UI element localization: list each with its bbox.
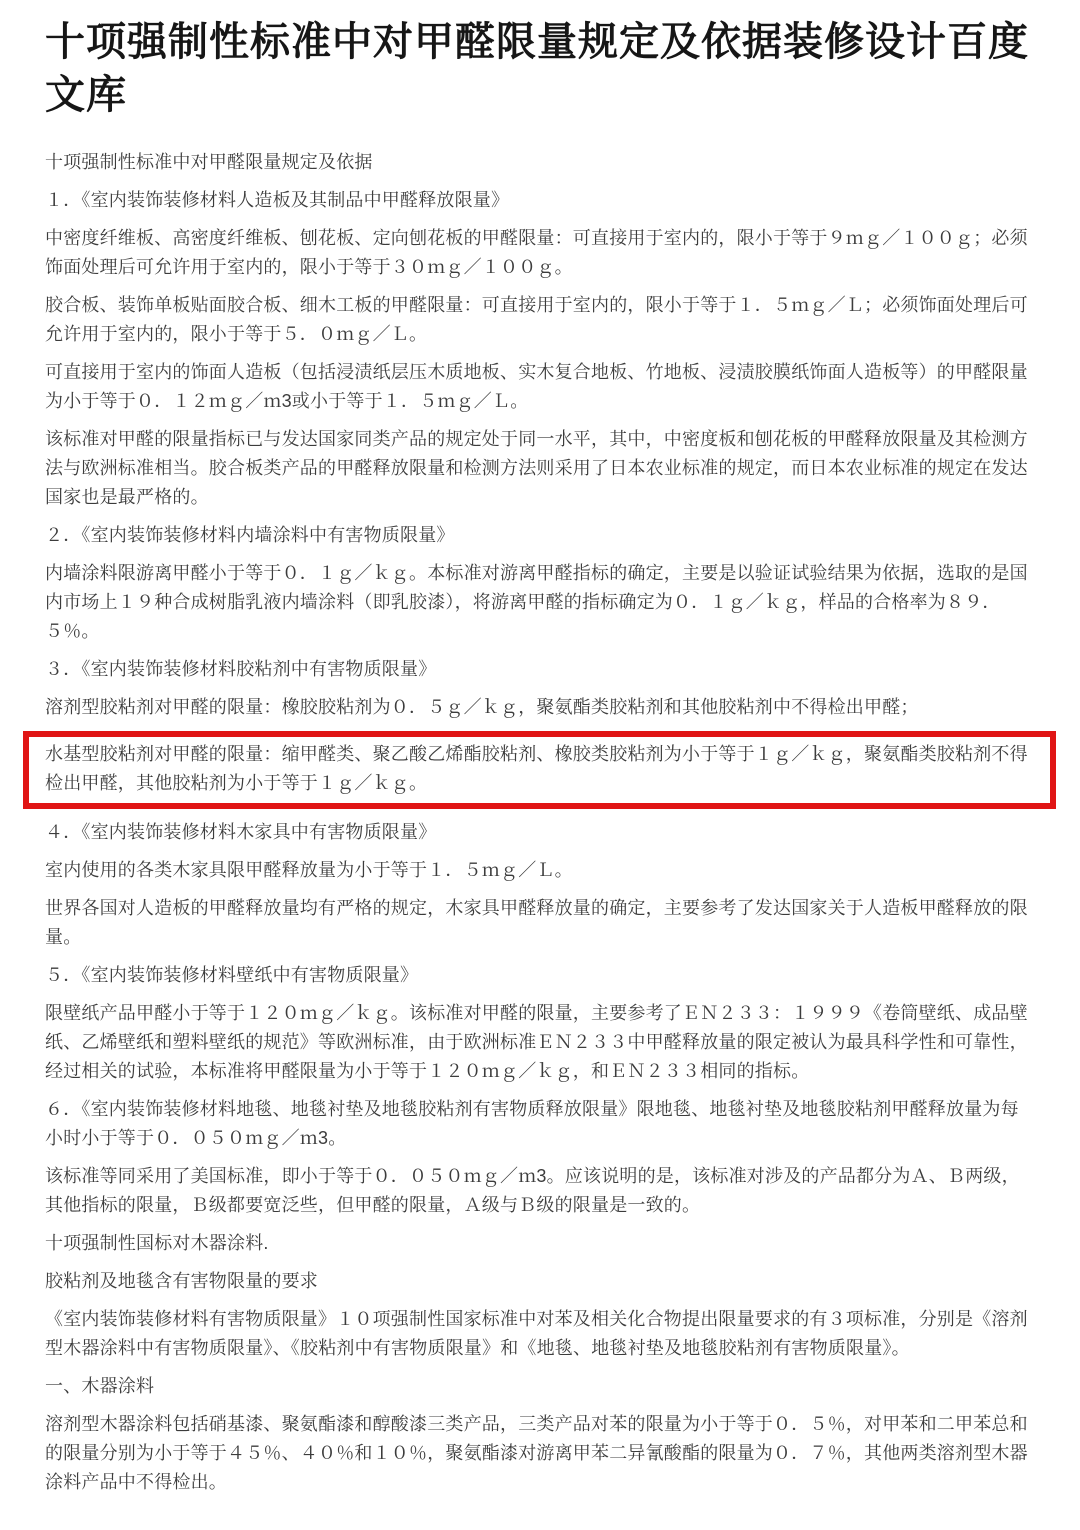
paragraph-list: 十项强制性标准中对甲醛限量规定及依据１．《室内装饰装修材料人造板及其制品中甲醛释…: [45, 148, 1035, 1497]
paragraph: 十项强制性标准中对甲醛限量规定及依据: [45, 148, 1035, 177]
paragraph: 室内使用的各类木家具限甲醛释放量为小于等于１．５ｍｇ／Ｌ。: [45, 856, 1035, 885]
paragraph: 胶粘剂及地毯含有害物限量的要求: [45, 1267, 1035, 1296]
document-title: 十项强制性标准中对甲醛限量规定及依据装修设计百度文库: [45, 16, 1035, 122]
paragraph: 世界各国对人造板的甲醛释放量均有严格的规定，木家具甲醛释放量的确定，主要参考了发…: [45, 894, 1035, 952]
paragraph: 限壁纸产品甲醛小于等于１２０ｍｇ／ｋｇ。该标准对甲醛的限量，主要参考了ＥＮ２３３…: [45, 999, 1035, 1086]
paragraph: ５．《室内装饰装修材料壁纸中有害物质限量》: [45, 961, 1035, 990]
paragraph: 《室内装饰装修材料有害物质限量》１０项强制性国家标准中对苯及相关化合物提出限量要…: [45, 1305, 1035, 1363]
paragraph: 十项强制性国标对木器涂料.: [45, 1229, 1035, 1258]
paragraph: ４．《室内装饰装修材料木家具中有害物质限量》: [45, 818, 1035, 847]
highlighted-paragraph: 水基型胶粘剂对甲醛的限量：缩甲醛类、聚乙酸乙烯酯胶粘剂、橡胶类胶粘剂为小于等于１…: [23, 731, 1056, 809]
paragraph: 一、木器涂料: [45, 1372, 1035, 1401]
paragraph: 中密度纤维板、高密度纤维板、刨花板、定向刨花板的甲醛限量：可直接用于室内的，限小…: [45, 224, 1035, 282]
paragraph: ６．《室内装饰装修材料地毯、地毯衬垫及地毯胶粘剂有害物质释放限量》限地毯、地毯衬…: [45, 1095, 1035, 1153]
paragraph: 内墙涂料限游离甲醛小于等于０．１ｇ／ｋｇ。本标准对游离甲醛指标的确定，主要是以验…: [45, 559, 1035, 646]
paragraph: ３．《室内装饰装修材料胶粘剂中有害物质限量》: [45, 655, 1035, 684]
paragraph: 溶剂型胶粘剂对甲醛的限量：橡胶胶粘剂为０．５ｇ／ｋｇ，聚氨酯类胶粘剂和其他胶粘剂…: [45, 693, 1035, 722]
paragraph: 可直接用于室内的饰面人造板（包括浸渍纸层压木质地板、实木复合地板、竹地板、浸渍胶…: [45, 358, 1035, 416]
paragraph: 该标准等同采用了美国标准，即小于等于０．０５０ｍｇ／ｍ3。应该说明的是，该标准对…: [45, 1162, 1035, 1220]
paragraph: 该标准对甲醛的限量指标已与发达国家同类产品的规定处于同一水平，其中，中密度板和刨…: [45, 425, 1035, 512]
document-page: 十项强制性标准中对甲醛限量规定及依据装修设计百度文库 十项强制性标准中对甲醛限量…: [0, 16, 1080, 1530]
paragraph: 胶合板、装饰单板贴面胶合板、细木工板的甲醛限量：可直接用于室内的，限小于等于１．…: [45, 291, 1035, 349]
paragraph: 溶剂型木器涂料包括硝基漆、聚氨酯漆和醇酸漆三类产品，三类产品对苯的限量为小于等于…: [45, 1410, 1035, 1497]
paragraph: ２．《室内装饰装修材料内墙涂料中有害物质限量》: [45, 521, 1035, 550]
paragraph: １．《室内装饰装修材料人造板及其制品中甲醛释放限量》: [45, 186, 1035, 215]
